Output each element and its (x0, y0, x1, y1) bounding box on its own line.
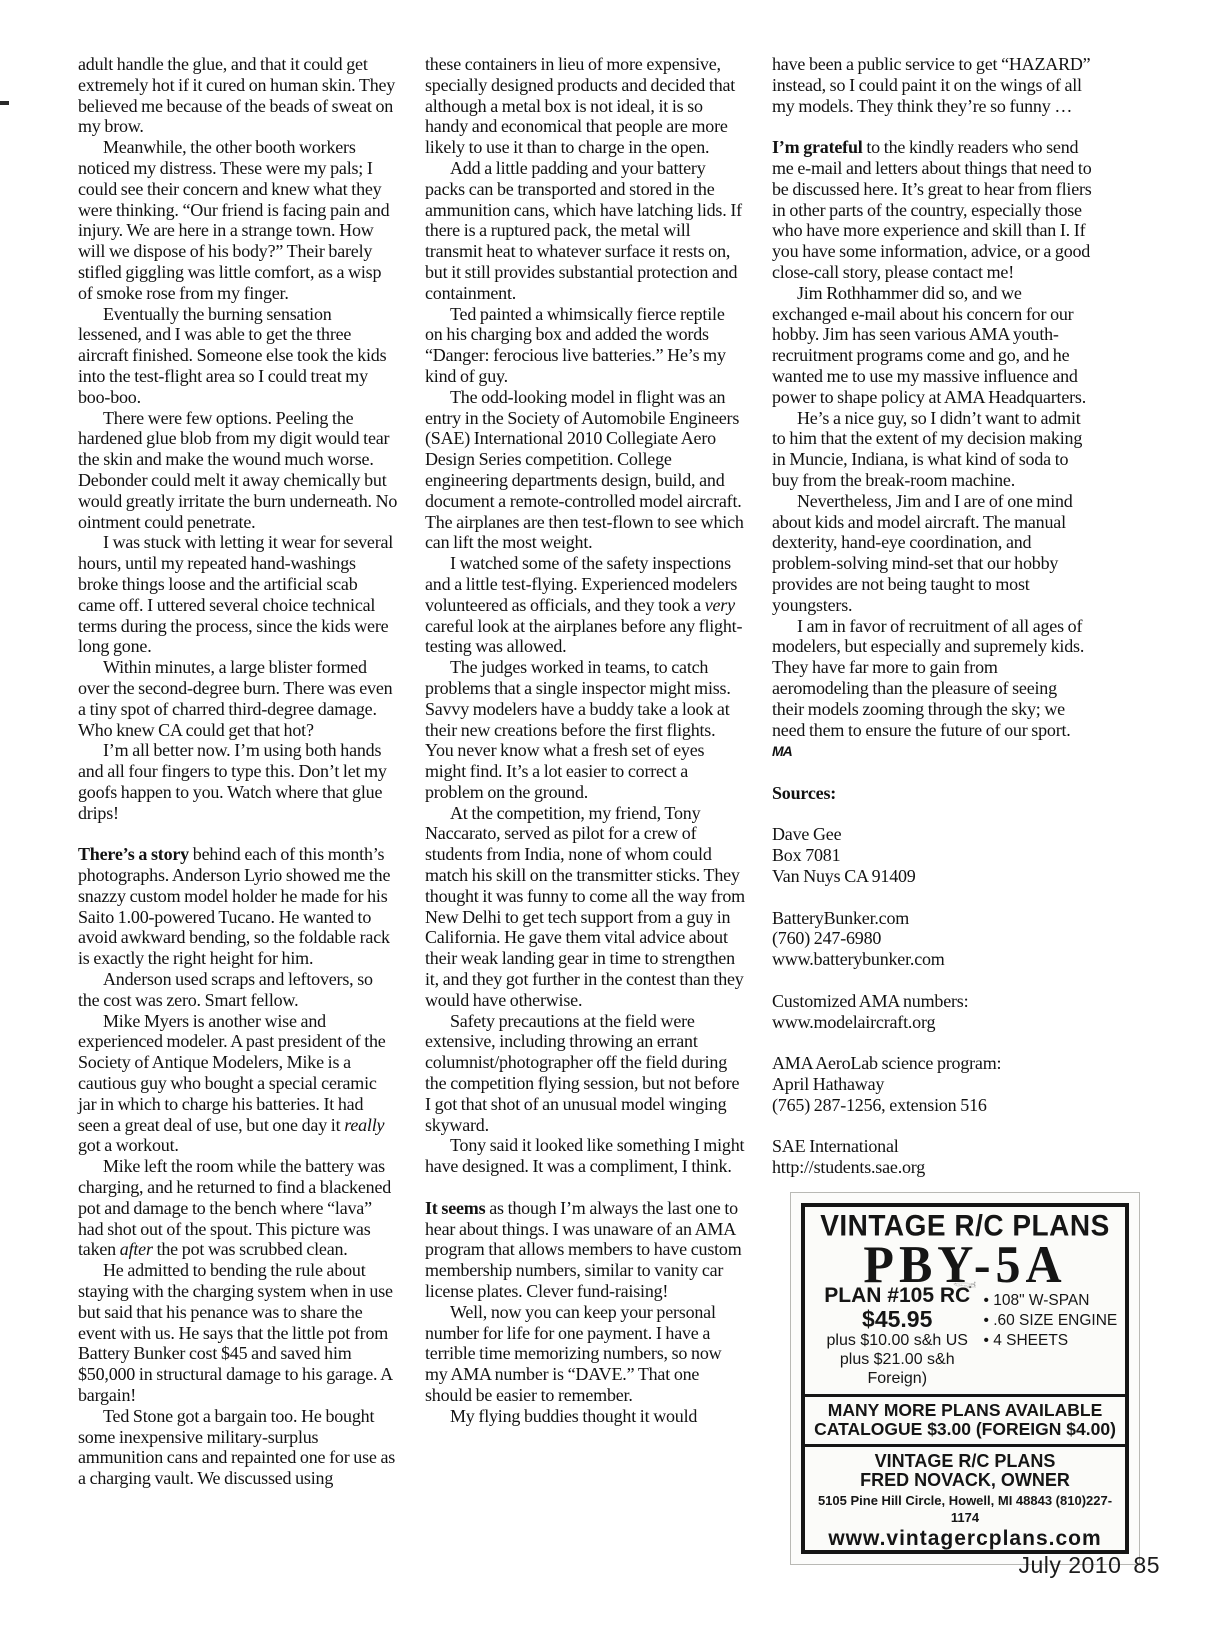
ad-feature: 4 SHEETS (983, 1331, 1119, 1351)
article-column-1: adult handle the glue, and that it could… (78, 54, 398, 1489)
paragraph: Eventually the burning sensation lessene… (78, 304, 398, 408)
ad-vendor-address: 5105 Pine Hill Circle, Howell, MI 48843 … (805, 1492, 1125, 1526)
paragraph: The odd-looking model in flight was an e… (425, 387, 745, 553)
paragraph: Mike left the room while the battery was… (78, 1156, 398, 1260)
source-block: AMA AeroLab science program:April Hathaw… (772, 1053, 1092, 1115)
ad-more-plans-line2: CATALOGUE $3.00 (FOREIGN $4.00) (805, 1420, 1125, 1439)
ma-magazine-logo: MA (772, 743, 792, 759)
ad-shipping-us: plus $10.00 s&h US (811, 1331, 983, 1350)
paragraph: I am in favor of recruitment of all ages… (772, 616, 1092, 763)
ad-feature: .60 SIZE ENGINE (983, 1311, 1119, 1331)
paragraph: I watched some of the safety inspections… (425, 553, 745, 657)
source-block: SAE Internationalhttp://students.sae.org (772, 1136, 1092, 1178)
paragraph: I’m all better now. I’m using both hands… (78, 740, 398, 823)
paragraph: It seems as though I’m always the last o… (425, 1198, 745, 1302)
ad-plan-row: PLAN #105 RC $45.95 plus $10.00 s&h US p… (805, 1285, 1125, 1388)
paragraph: Nevertheless, Jim and I are of one mind … (772, 491, 1092, 616)
source-block: Customized AMA numbers:www.modelaircraft… (772, 991, 1092, 1033)
ad-divider (805, 1394, 1125, 1397)
ad-website: www.vintagercplans.com (805, 1527, 1125, 1550)
ad-divider (805, 1444, 1125, 1447)
paragraph: My flying buddies thought it would (425, 1406, 745, 1427)
source-block: Dave GeeBox 7081Van Nuys CA 91409 (772, 824, 1092, 886)
paragraph: He admitted to bending the rule about st… (78, 1260, 398, 1406)
paragraph: Jim Rothhammer did so, and we exchanged … (772, 283, 1092, 408)
paragraph: At the competition, my friend, Tony Nacc… (425, 803, 745, 1011)
paragraph: He’s a nice guy, so I didn’t want to adm… (772, 408, 1092, 491)
footer-page-number: 85 (1133, 1552, 1160, 1578)
ad-border-box: VINTAGE R/C PLANS PBY-5A (801, 1203, 1129, 1554)
article-column-2: these containers in lieu of more expensi… (425, 54, 745, 1489)
paragraph: The judges worked in teams, to catch pro… (425, 657, 745, 803)
paragraph: Tony said it looked like something I mig… (425, 1135, 745, 1177)
ad-vendor-owner: FRED NOVACK, OWNER (805, 1471, 1125, 1490)
paragraph: There’s a story behind each of this mont… (78, 844, 398, 969)
paragraph: Ted painted a whimsically fierce reptile… (425, 304, 745, 387)
paragraph: adult handle the glue, and that it could… (78, 54, 398, 137)
page-edge-mark (0, 101, 9, 105)
page-footer: July 201085 (1018, 1552, 1160, 1579)
ad-vendor-block: VINTAGE R/C PLANS FRED NOVACK, OWNER 510… (805, 1452, 1125, 1550)
ad-feature: 108" W-SPAN (983, 1291, 1119, 1311)
ad-model-name: PBY-5A (805, 1240, 1125, 1288)
paragraph: Safety precautions at the field were ext… (425, 1011, 745, 1136)
paragraph: There were few options. Peeling the hard… (78, 408, 398, 533)
paragraph: Well, now you can keep your personal num… (425, 1302, 745, 1406)
vintage-rc-plans-ad: VINTAGE R/C PLANS PBY-5A (790, 1192, 1140, 1565)
paragraph: I’m grateful to the kindly readers who s… (772, 137, 1092, 283)
footer-issue: July 2010 (1018, 1552, 1121, 1578)
paragraph: I was stuck with letting it wear for sev… (78, 532, 398, 657)
paragraph: Within minutes, a large blister formed o… (78, 657, 398, 740)
paragraph: Add a little padding and your battery pa… (425, 158, 745, 304)
paragraph: Ted Stone got a bargain too. He bought s… (78, 1406, 398, 1489)
ad-price: $45.95 (811, 1307, 983, 1331)
source-block: BatteryBunker.com(760) 247-6980www.batte… (772, 908, 1092, 970)
paragraph: Anderson used scraps and leftovers, so t… (78, 969, 398, 1011)
ad-vendor-name: VINTAGE R/C PLANS (805, 1452, 1125, 1471)
magazine-page: { "article": { "columns": [ { "paragraph… (0, 0, 1207, 1636)
paragraph: these containers in lieu of more expensi… (425, 54, 745, 158)
ad-feature-list: 108" W-SPAN.60 SIZE ENGINE4 SHEETS (983, 1291, 1119, 1351)
ad-shipping-foreign: plus $21.00 s&h Foreign) (811, 1350, 983, 1388)
paragraph: have been a public service to get “HAZAR… (772, 54, 1092, 116)
paragraph: Mike Myers is another wise and experienc… (78, 1011, 398, 1157)
paragraph: Meanwhile, the other booth workers notic… (78, 137, 398, 303)
ad-more-plans-line1: MANY MORE PLANS AVAILABLE (805, 1401, 1125, 1420)
sources-heading: Sources: (772, 783, 1092, 804)
ad-plan-info: PLAN #105 RC $45.95 plus $10.00 s&h US p… (811, 1285, 983, 1388)
